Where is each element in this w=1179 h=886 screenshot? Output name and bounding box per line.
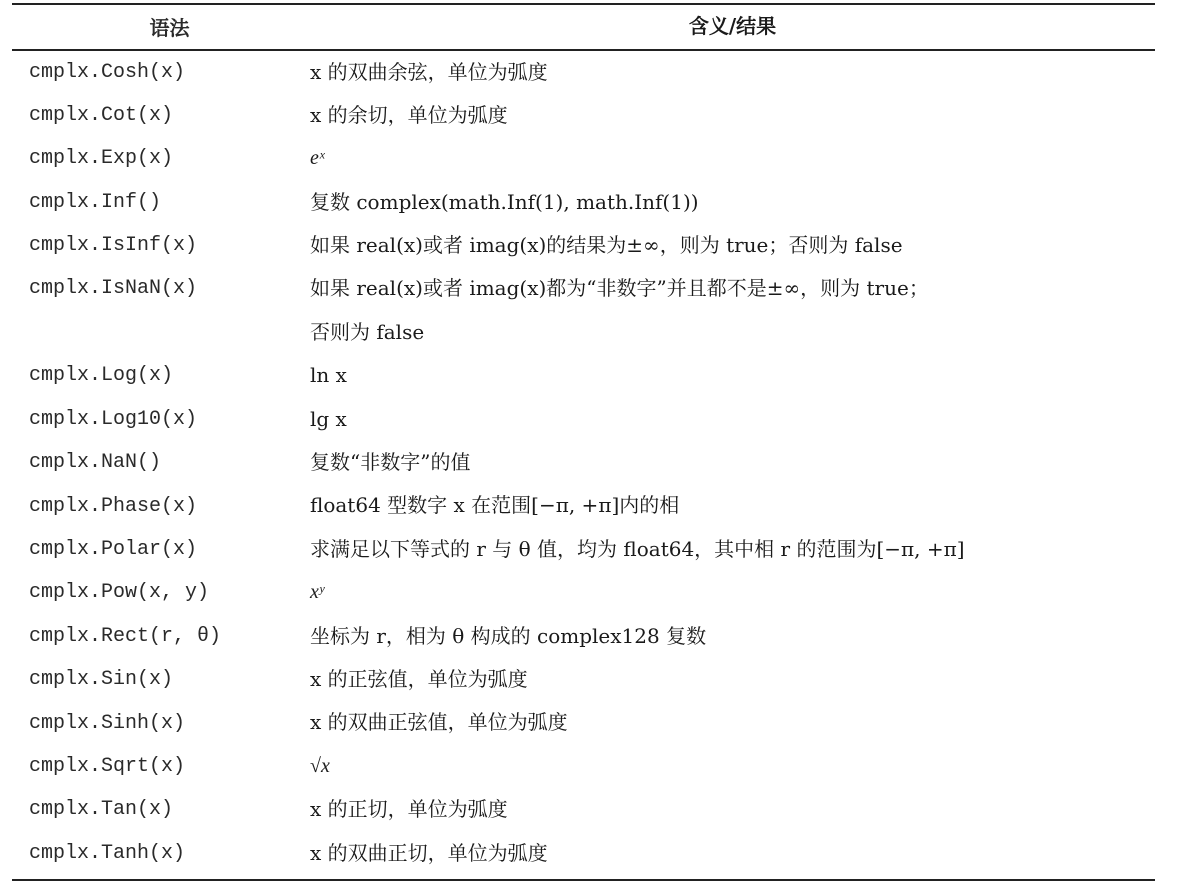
syntax-cell: cmplx.Exp(x) (12, 147, 310, 170)
table-bottom-rule (12, 879, 1155, 881)
meaning-cell: eˣ (310, 137, 1155, 180)
function-table: 语法 含义/结果 cmplx.Cosh(x)x 的双曲余弦，单位为弧度 cmpl… (12, 3, 1155, 881)
syntax-cell: cmplx.Sqrt(x) (12, 755, 310, 778)
table-row: cmplx.Sin(x)x 的正弦值，单位为弧度 (12, 658, 1155, 701)
table-row: cmplx.Phase(x)float64 型数字 x 在范围[−π, +π]内… (12, 484, 1155, 527)
table-row: cmplx.Inf()复数 complex(math.Inf(1), math.… (12, 181, 1155, 224)
syntax-cell: cmplx.NaN() (12, 451, 310, 474)
meaning-cell: x 的双曲余弦，单位为弧度 (310, 51, 1155, 94)
syntax-cell: cmplx.Rect(r, θ) (12, 625, 310, 648)
meaning-cell: 求满足以下等式的 r 与 θ 值，均为 float64，其中相 r 的范围为[−… (310, 528, 1155, 571)
meaning-cell: 复数 complex(math.Inf(1), math.Inf(1)) (310, 181, 1155, 224)
table-row: cmplx.Sinh(x)x 的双曲正弦值，单位为弧度 (12, 701, 1155, 744)
meaning-cell: x 的双曲正弦值，单位为弧度 (310, 701, 1155, 744)
meaning-cell: ln x (310, 354, 1155, 397)
table-row: cmplx.Rect(r, θ)坐标为 r，相为 θ 构成的 complex12… (12, 615, 1155, 658)
syntax-cell: cmplx.Cot(x) (12, 104, 310, 127)
table-row: cmplx.Log(x)ln x (12, 354, 1155, 397)
meaning-cell: 复数“非数字”的值 (310, 441, 1155, 484)
table-row: cmplx.Log10(x)lg x (12, 398, 1155, 441)
syntax-cell: cmplx.Log10(x) (12, 408, 310, 431)
meaning-cell: x 的余切，单位为弧度 (310, 94, 1155, 137)
table-row: cmplx.IsInf(x)如果 real(x)或者 imag(x)的结果为±∞… (12, 224, 1155, 267)
meaning-cell: float64 型数字 x 在范围[−π, +π]内的相 (310, 484, 1155, 527)
syntax-cell: cmplx.Log(x) (12, 364, 310, 387)
table-row: cmplx.NaN()复数“非数字”的值 (12, 441, 1155, 484)
meaning-line-1: 如果 real(x)或者 imag(x)都为“非数字”并且都不是±∞，则为 tr… (310, 267, 1155, 310)
meaning-cell: x 的正切，单位为弧度 (310, 788, 1155, 831)
syntax-cell: cmplx.Cosh(x) (12, 61, 310, 84)
syntax-cell: cmplx.Polar(x) (12, 538, 310, 561)
syntax-cell: cmplx.Sinh(x) (12, 712, 310, 735)
table-row: cmplx.Cosh(x)x 的双曲余弦，单位为弧度 (12, 51, 1155, 94)
syntax-cell: cmplx.IsNaN(x) (12, 267, 310, 310)
syntax-cell: cmplx.IsInf(x) (12, 234, 310, 257)
table-row: cmplx.Polar(x)求满足以下等式的 r 与 θ 值，均为 float6… (12, 528, 1155, 571)
table-header: 语法 含义/结果 (12, 5, 1155, 49)
meaning-cell: √x (310, 745, 1155, 788)
meaning-cell: 如果 real(x)或者 imag(x)都为“非数字”并且都不是±∞，则为 tr… (310, 267, 1155, 354)
header-meaning: 含义/结果 (310, 5, 1155, 48)
syntax-cell: cmplx.Pow(x, y) (12, 581, 310, 604)
meaning-cell: lg x (310, 398, 1155, 441)
table-row: cmplx.Exp(x)eˣ (12, 137, 1155, 180)
syntax-cell: cmplx.Tan(x) (12, 798, 310, 821)
table-row: cmplx.Pow(x, y)xʸ (12, 571, 1155, 614)
syntax-cell: cmplx.Phase(x) (12, 495, 310, 518)
table-row: cmplx.Tan(x)x 的正切，单位为弧度 (12, 788, 1155, 831)
meaning-cell: x 的双曲正切，单位为弧度 (310, 832, 1155, 875)
table-row: cmplx.Sqrt(x)√x (12, 745, 1155, 788)
table-row: cmplx.Cot(x)x 的余切，单位为弧度 (12, 94, 1155, 137)
meaning-cell: 坐标为 r，相为 θ 构成的 complex128 复数 (310, 615, 1155, 658)
table-row: cmplx.Tanh(x)x 的双曲正切，单位为弧度 (12, 832, 1155, 875)
meaning-cell: 如果 real(x)或者 imag(x)的结果为±∞，则为 true；否则为 f… (310, 224, 1155, 267)
syntax-cell: cmplx.Inf() (12, 191, 310, 214)
meaning-cell: xʸ (310, 571, 1155, 614)
meaning-cell: x 的正弦值，单位为弧度 (310, 658, 1155, 701)
table-row: cmplx.IsNaN(x)如果 real(x)或者 imag(x)都为“非数字… (12, 267, 1155, 354)
meaning-line-2: 否则为 false (310, 311, 1155, 354)
header-syntax: 语法 (12, 12, 310, 42)
syntax-cell: cmplx.Tanh(x) (12, 842, 310, 865)
syntax-cell: cmplx.Sin(x) (12, 668, 310, 691)
